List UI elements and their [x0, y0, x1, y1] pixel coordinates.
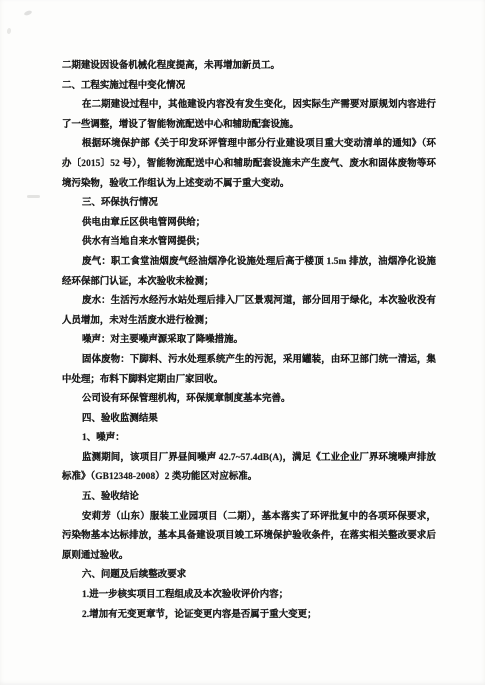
- section-heading-2: 二、工程实施过程中变化情况: [62, 77, 436, 97]
- doc-paragraph: 监测期间，该项目厂界昼间噪声 42.7~57.4dB(A)，满足《工业企业厂界环…: [62, 449, 436, 488]
- doc-paragraph: 公司设有环保管理机构，环保规章制度基本完善。: [62, 390, 436, 410]
- document-page: 二期建设因设备机械化程度提高，未再增加新员工。 二、工程实施过程中变化情况 在二…: [0, 0, 485, 685]
- doc-paragraph: 固体废物：下脚料、污水处理系统产生的污泥，采用罐装，由环卫部门统一清运，集中处理…: [62, 351, 436, 390]
- doc-paragraph: 安莉芳（山东）服装工业园项目（二期），基本落实了环评批复中的各项环保要求，污染物…: [62, 508, 436, 567]
- doc-paragraph: 根据环境保护部《关于印发环评管理中部分行业建设项目重大变动清单的通知》（环办〔2…: [62, 135, 436, 194]
- section-heading-6: 六、问题及后续整改要求: [62, 566, 436, 586]
- document-body-text: 二期建设因设备机械化程度提高，未再增加新员工。 二、工程实施过程中变化情况 在二…: [62, 57, 436, 625]
- scan-artifact: [24, 10, 33, 16]
- scan-artifact: [27, 195, 40, 198]
- section-heading-4: 四、验收监测结果: [62, 410, 436, 430]
- doc-list-item: 2.增加有无变更章节，论证变更内容是否属于重大变更；: [62, 606, 436, 626]
- doc-paragraph: 供水有当地自来水管网提供；: [62, 233, 436, 253]
- doc-paragraph-continued: 二期建设因设备机械化程度提高，未再增加新员工。: [62, 57, 436, 77]
- doc-paragraph: 噪声：对主要噪声源采取了降噪措施。: [62, 331, 436, 351]
- doc-list-item: 1.进一步核实项目工程组成及本次验收评价内容；: [62, 586, 436, 606]
- section-heading-5: 五、验收结论: [62, 488, 436, 508]
- doc-paragraph: 在二期建设过程中，其他建设内容没有发生变化，因实际生产需要对原规划内容进行了一些…: [62, 96, 436, 135]
- doc-list-label: 1、噪声：: [62, 429, 436, 449]
- doc-paragraph: 供电由章丘区供电管网供给；: [62, 214, 436, 234]
- section-heading-3: 三、环保执行情况: [62, 194, 436, 214]
- scan-artifact: [7, 28, 12, 35]
- doc-paragraph: 废气：职工食堂油烟废气经油烟净化设施处理后高于楼顶 1.5m 排放，油烟净化设施…: [62, 253, 436, 292]
- doc-paragraph: 废水：生活污水经污水站处理后排入厂区景观河道，部分回用于绿化，本次验收没有人员增…: [62, 292, 436, 331]
